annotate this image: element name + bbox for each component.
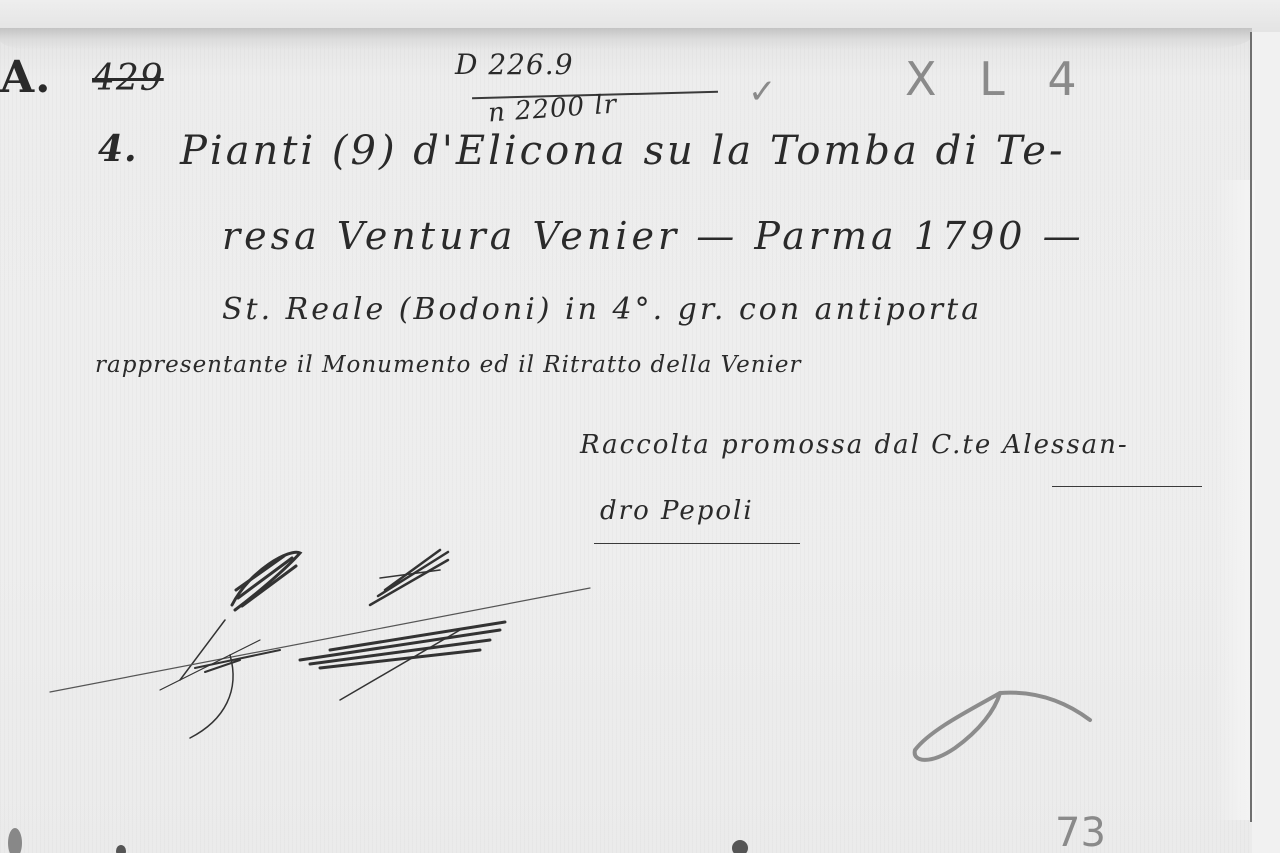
page-number: 73 bbox=[1055, 810, 1106, 853]
binding-hole bbox=[116, 845, 126, 853]
pencil-loop-mark bbox=[0, 0, 1280, 853]
binding-hole bbox=[8, 828, 22, 853]
binding-hole bbox=[732, 840, 748, 853]
